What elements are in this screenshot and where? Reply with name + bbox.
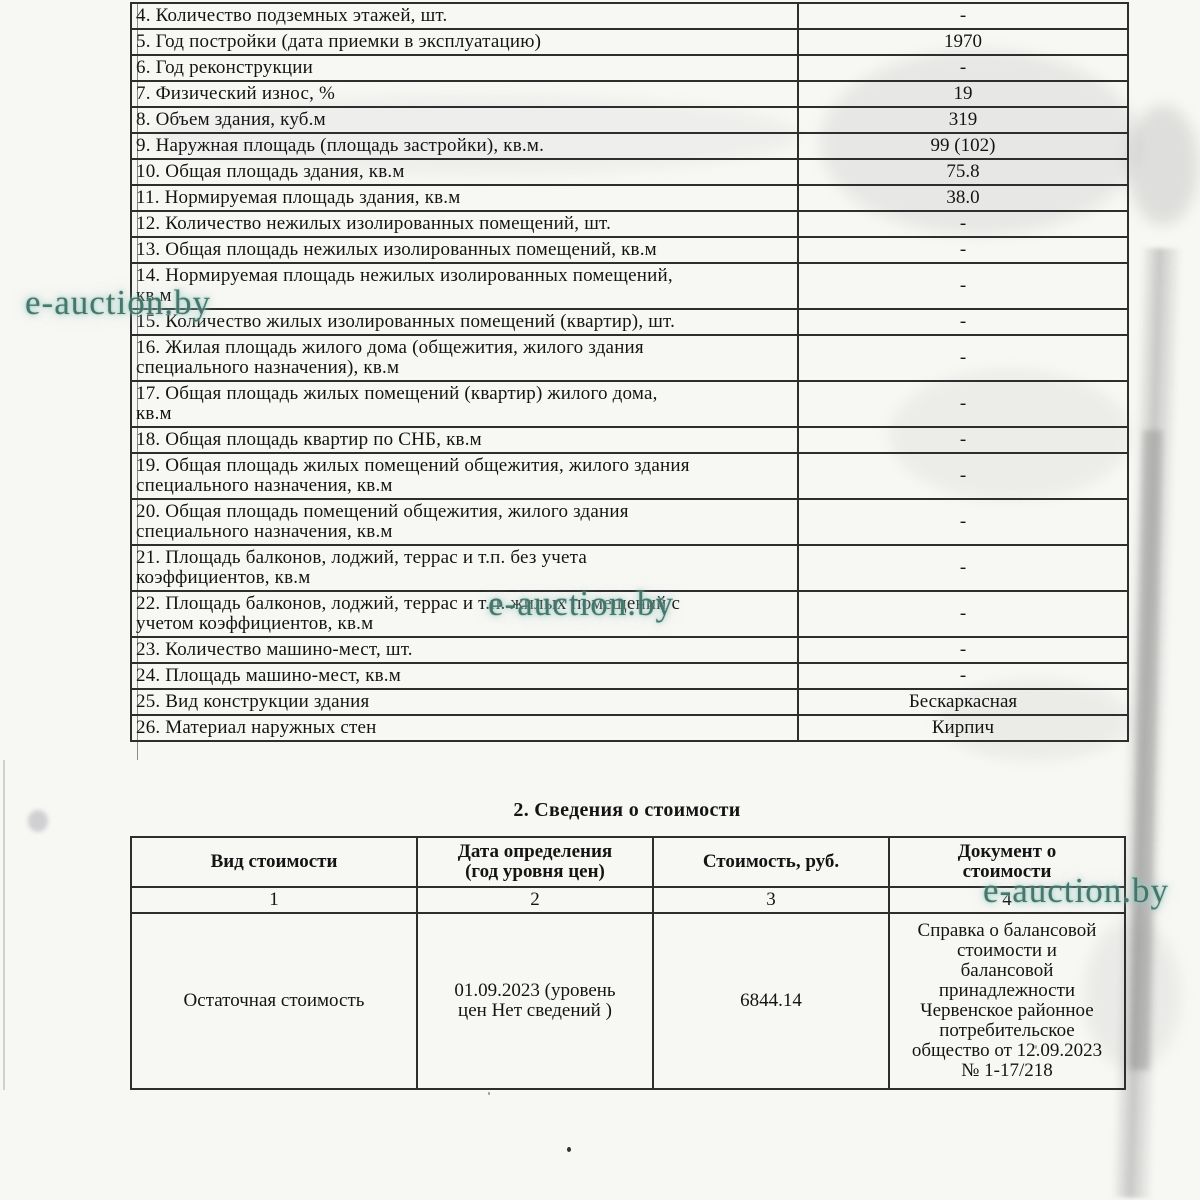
value-info-table: Вид стоимости Дата определения (год уров… bbox=[130, 836, 1126, 1090]
table-row: 22. Площадь балконов, лоджий, террас и т… bbox=[131, 591, 1128, 637]
row-label: 14. Нормируемая площадь нежилых изолиров… bbox=[131, 263, 798, 309]
value-date-cell: 01.09.2023 (уровень цен Нет сведений ) bbox=[417, 913, 653, 1089]
row-value: 99 (102) bbox=[798, 133, 1128, 159]
row-label: 13. Общая площадь нежилых изолированных … bbox=[131, 237, 798, 263]
table-row: 26. Материал наружных стенКирпич bbox=[131, 715, 1128, 741]
row-value: - bbox=[798, 381, 1128, 427]
table-row: 25. Вид конструкции зданияБескаркасная bbox=[131, 689, 1128, 715]
table-row: 8. Объем здания, куб.м319 bbox=[131, 107, 1128, 133]
column-number: 4 bbox=[889, 887, 1125, 913]
row-value: - bbox=[798, 453, 1128, 499]
table-row: 6. Год реконструкции- bbox=[131, 55, 1128, 81]
scan-edge-line bbox=[3, 760, 5, 1090]
row-label: 20. Общая площадь помещений общежития, ж… bbox=[131, 499, 798, 545]
table-row: 16. Жилая площадь жилого дома (общежития… bbox=[131, 335, 1128, 381]
table-row: 23. Количество машино-мест, шт.- bbox=[131, 637, 1128, 663]
building-rows: 4. Количество подземных этажей, шт.-5. Г… bbox=[131, 3, 1128, 741]
scan-speck bbox=[488, 1092, 490, 1095]
table-row: 4. Количество подземных этажей, шт.- bbox=[131, 3, 1128, 29]
table-row: 12. Количество нежилых изолированных пом… bbox=[131, 211, 1128, 237]
row-value: - bbox=[798, 237, 1128, 263]
row-value: - bbox=[798, 637, 1128, 663]
table-row: 14. Нормируемая площадь нежилых изолиров… bbox=[131, 263, 1128, 309]
row-label: 7. Физический износ, % bbox=[131, 81, 798, 107]
row-label: 10. Общая площадь здания, кв.м bbox=[131, 159, 798, 185]
scan-artifact bbox=[1128, 105, 1198, 225]
row-value: - bbox=[798, 263, 1128, 309]
table-row: 10. Общая площадь здания, кв.м75.8 bbox=[131, 159, 1128, 185]
scan-artifact bbox=[28, 810, 48, 832]
table-row: 19. Общая площадь жилых помещений общежи… bbox=[131, 453, 1128, 499]
table-row: 20. Общая площадь помещений общежития, ж… bbox=[131, 499, 1128, 545]
row-label: 6. Год реконструкции bbox=[131, 55, 798, 81]
row-label: 12. Количество нежилых изолированных пом… bbox=[131, 211, 798, 237]
value-table-header-row: Вид стоимости Дата определения (год уров… bbox=[131, 837, 1125, 887]
header-amount: Стоимость, руб. bbox=[653, 837, 889, 887]
row-label: 24. Площадь машино-мест, кв.м bbox=[131, 663, 798, 689]
table-row: 9. Наружная площадь (площадь застройки),… bbox=[131, 133, 1128, 159]
row-label: 25. Вид конструкции здания bbox=[131, 689, 798, 715]
table-row: 15. Количество жилых изолированных помещ… bbox=[131, 309, 1128, 335]
table-row: 21. Площадь балконов, лоджий, террас и т… bbox=[131, 545, 1128, 591]
column-number: 2 bbox=[417, 887, 653, 913]
row-label: 19. Общая площадь жилых помещений общежи… bbox=[131, 453, 798, 499]
value-amount-cell: 6844.14 bbox=[653, 913, 889, 1089]
table-row: 11. Нормируемая площадь здания, кв.м38.0 bbox=[131, 185, 1128, 211]
header-value-kind: Вид стоимости bbox=[131, 837, 417, 887]
row-label: 15. Количество жилых изолированных помещ… bbox=[131, 309, 798, 335]
table-row: 13. Общая площадь нежилых изолированных … bbox=[131, 237, 1128, 263]
row-value: Бескаркасная bbox=[798, 689, 1128, 715]
row-value: - bbox=[798, 3, 1128, 29]
table-row: 24. Площадь машино-мест, кв.м- bbox=[131, 663, 1128, 689]
row-value: - bbox=[798, 55, 1128, 81]
row-label: 5. Год постройки (дата приемки в эксплуа… bbox=[131, 29, 798, 55]
page-edge-shadow bbox=[1129, 430, 1162, 1070]
building-characteristics-table: 4. Количество подземных этажей, шт.-5. Г… bbox=[130, 2, 1129, 742]
header-date: Дата определения (год уровня цен) bbox=[417, 837, 653, 887]
column-number: 3 bbox=[653, 887, 889, 913]
row-label: 4. Количество подземных этажей, шт. bbox=[131, 3, 798, 29]
row-value: Кирпич bbox=[798, 715, 1128, 741]
row-value: - bbox=[798, 335, 1128, 381]
row-label: 18. Общая площадь квартир по СНБ, кв.м bbox=[131, 427, 798, 453]
header-document: Документ о стоимости bbox=[889, 837, 1125, 887]
row-value: - bbox=[798, 427, 1128, 453]
row-value: - bbox=[798, 499, 1128, 545]
table-row: 5. Год постройки (дата приемки в эксплуа… bbox=[131, 29, 1128, 55]
table-row: 18. Общая площадь квартир по СНБ, кв.м- bbox=[131, 427, 1128, 453]
row-value: 19 bbox=[798, 81, 1128, 107]
table-row: 17. Общая площадь жилых помещений (кварт… bbox=[131, 381, 1128, 427]
column-number-row: 1 2 3 4 bbox=[131, 887, 1125, 913]
value-data-row: Остаточная стоимость 01.09.2023 (уровень… bbox=[131, 913, 1125, 1089]
row-label: 16. Жилая площадь жилого дома (общежития… bbox=[131, 335, 798, 381]
value-document-cell: Справка о балансовой стоимости и балансо… bbox=[889, 913, 1125, 1089]
row-value: - bbox=[798, 545, 1128, 591]
row-value: 319 bbox=[798, 107, 1128, 133]
section-2-title: 2. Сведения о стоимости bbox=[130, 799, 1124, 822]
column-number: 1 bbox=[131, 887, 417, 913]
scan-speck bbox=[567, 1147, 571, 1152]
row-value: 1970 bbox=[798, 29, 1128, 55]
row-label: 23. Количество машино-мест, шт. bbox=[131, 637, 798, 663]
row-label: 26. Материал наружных стен bbox=[131, 715, 798, 741]
scanned-document-page: 4. Количество подземных этажей, шт.-5. Г… bbox=[0, 0, 1200, 1200]
table-row: 7. Физический износ, %19 bbox=[131, 81, 1128, 107]
row-value: - bbox=[798, 663, 1128, 689]
row-value: - bbox=[798, 309, 1128, 335]
row-value: - bbox=[798, 211, 1128, 237]
row-value: 75.8 bbox=[798, 159, 1128, 185]
row-label: 9. Наружная площадь (площадь застройки),… bbox=[131, 133, 798, 159]
row-label: 21. Площадь балконов, лоджий, террас и т… bbox=[131, 545, 798, 591]
value-kind-cell: Остаточная стоимость bbox=[131, 913, 417, 1089]
row-label: 22. Площадь балконов, лоджий, террас и т… bbox=[131, 591, 798, 637]
row-label: 17. Общая площадь жилых помещений (кварт… bbox=[131, 381, 798, 427]
row-value: 38.0 bbox=[798, 185, 1128, 211]
row-value: - bbox=[798, 591, 1128, 637]
row-label: 11. Нормируемая площадь здания, кв.м bbox=[131, 185, 798, 211]
row-label: 8. Объем здания, куб.м bbox=[131, 107, 798, 133]
